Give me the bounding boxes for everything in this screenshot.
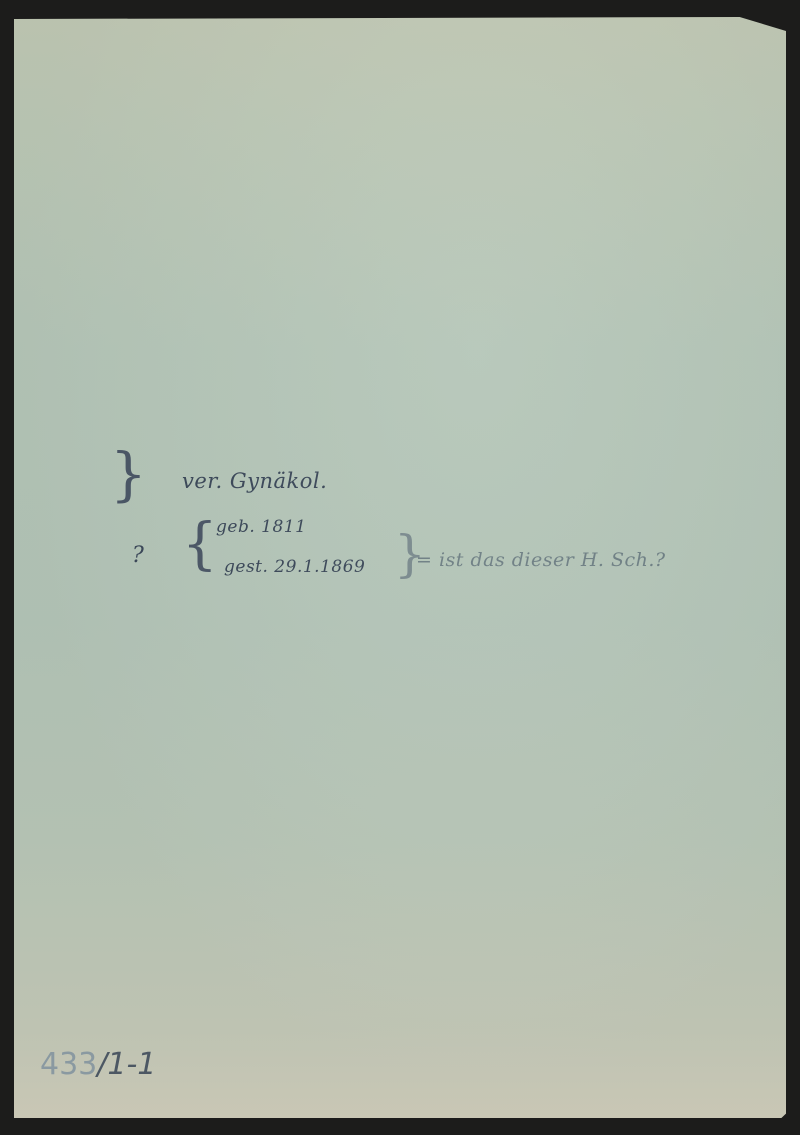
annotation-gynaekol: ver. Gynäkol. <box>182 469 327 493</box>
catalog-prefix: 433 <box>40 1047 97 1082</box>
catalog-suffix: /1-1 <box>97 1047 156 1082</box>
curly-brace-1: } <box>110 445 147 503</box>
question-mark: ? <box>132 543 144 568</box>
birth-date: geb. 1811 <box>216 517 306 537</box>
scanned-page: } ver. Gynäkol. ? { geb. 1811 gest. 29.1… <box>0 0 800 1135</box>
index-card: } ver. Gynäkol. ? { geb. 1811 gest. 29.1… <box>14 17 786 1118</box>
catalog-number: 433/1-1 <box>40 1047 156 1082</box>
death-date: gest. 29.1.1869 <box>224 557 365 577</box>
curly-brace-2: { <box>182 517 218 573</box>
pencil-note: = ist das dieser H. Sch.? <box>416 549 666 571</box>
